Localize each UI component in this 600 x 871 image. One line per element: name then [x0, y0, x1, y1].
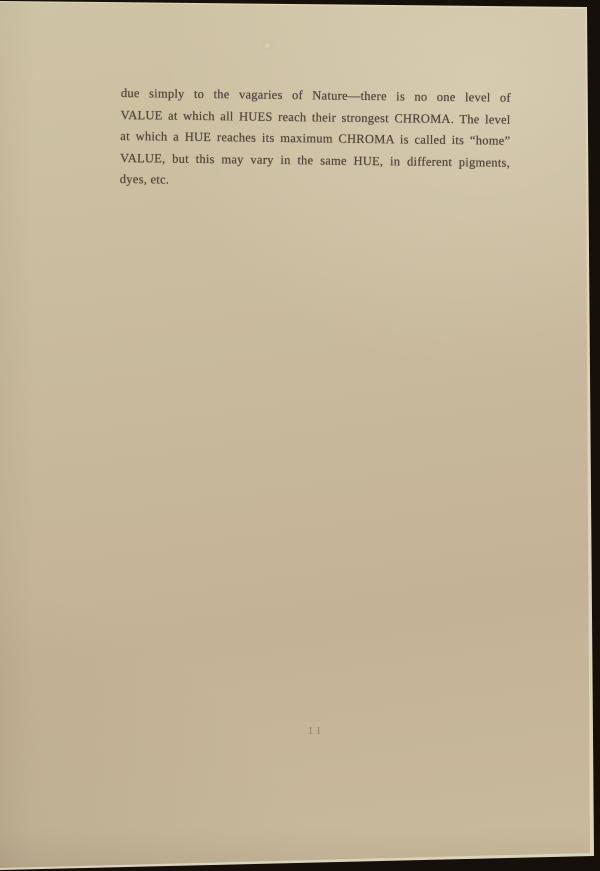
paper-blemish [261, 40, 274, 51]
body-paragraph: due simply to the vagaries of Nature—the… [120, 83, 511, 195]
book-page: due simply to the vagaries of Nature—the… [0, 0, 600, 871]
scan-background: due simply to the vagaries of Nature—the… [0, 0, 600, 871]
page-number: 11 [121, 725, 511, 737]
